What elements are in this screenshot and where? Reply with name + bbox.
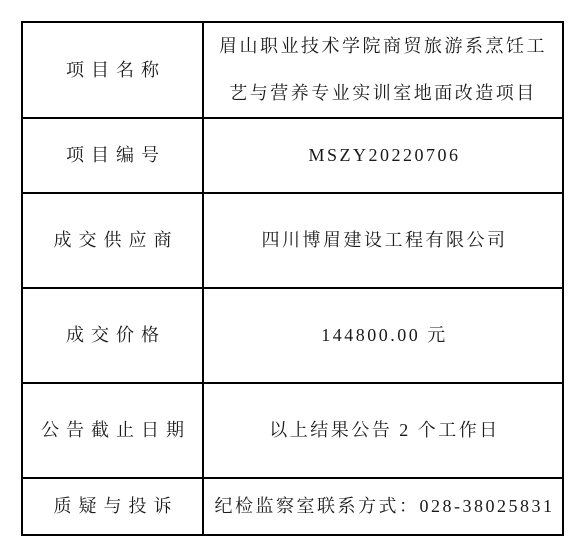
table-row-deadline: 公告截止日期 以上结果公告 2 个工作日 xyxy=(22,383,563,478)
table-row-project-name: 项目名称 眉山职业技术学院商贸旅游系烹饪工艺与营养专业实训室地面改造项目 xyxy=(22,22,563,118)
project-name-value: 眉山职业技术学院商贸旅游系烹饪工艺与营养专业实训室地面改造项目 xyxy=(203,22,563,118)
price-label: 成交价格 xyxy=(22,288,203,383)
table-row-project-number: 项目编号 MSZY20220706 xyxy=(22,118,563,193)
project-name-label: 项目名称 xyxy=(22,22,203,118)
table-row-complaints: 质疑与投诉 纪检监察室联系方式：028-38025831 xyxy=(22,478,563,535)
announcement-document: 项目名称 眉山职业技术学院商贸旅游系烹饪工艺与营养专业实训室地面改造项目 项目编… xyxy=(0,0,582,551)
complaints-label: 质疑与投诉 xyxy=(22,478,203,535)
price-value: 144800.00 元 xyxy=(203,288,563,383)
supplier-value: 四川博眉建设工程有限公司 xyxy=(203,193,563,288)
project-number-label: 项目编号 xyxy=(22,118,203,193)
complaints-value: 纪检监察室联系方式：028-38025831 xyxy=(203,478,563,535)
project-number-value: MSZY20220706 xyxy=(203,118,563,193)
procurement-result-table: 项目名称 眉山职业技术学院商贸旅游系烹饪工艺与营养专业实训室地面改造项目 项目编… xyxy=(21,21,564,536)
table-row-supplier: 成交供应商 四川博眉建设工程有限公司 xyxy=(22,193,563,288)
table-row-price: 成交价格 144800.00 元 xyxy=(22,288,563,383)
supplier-label: 成交供应商 xyxy=(22,193,203,288)
deadline-value: 以上结果公告 2 个工作日 xyxy=(203,383,563,478)
deadline-label: 公告截止日期 xyxy=(22,383,203,478)
